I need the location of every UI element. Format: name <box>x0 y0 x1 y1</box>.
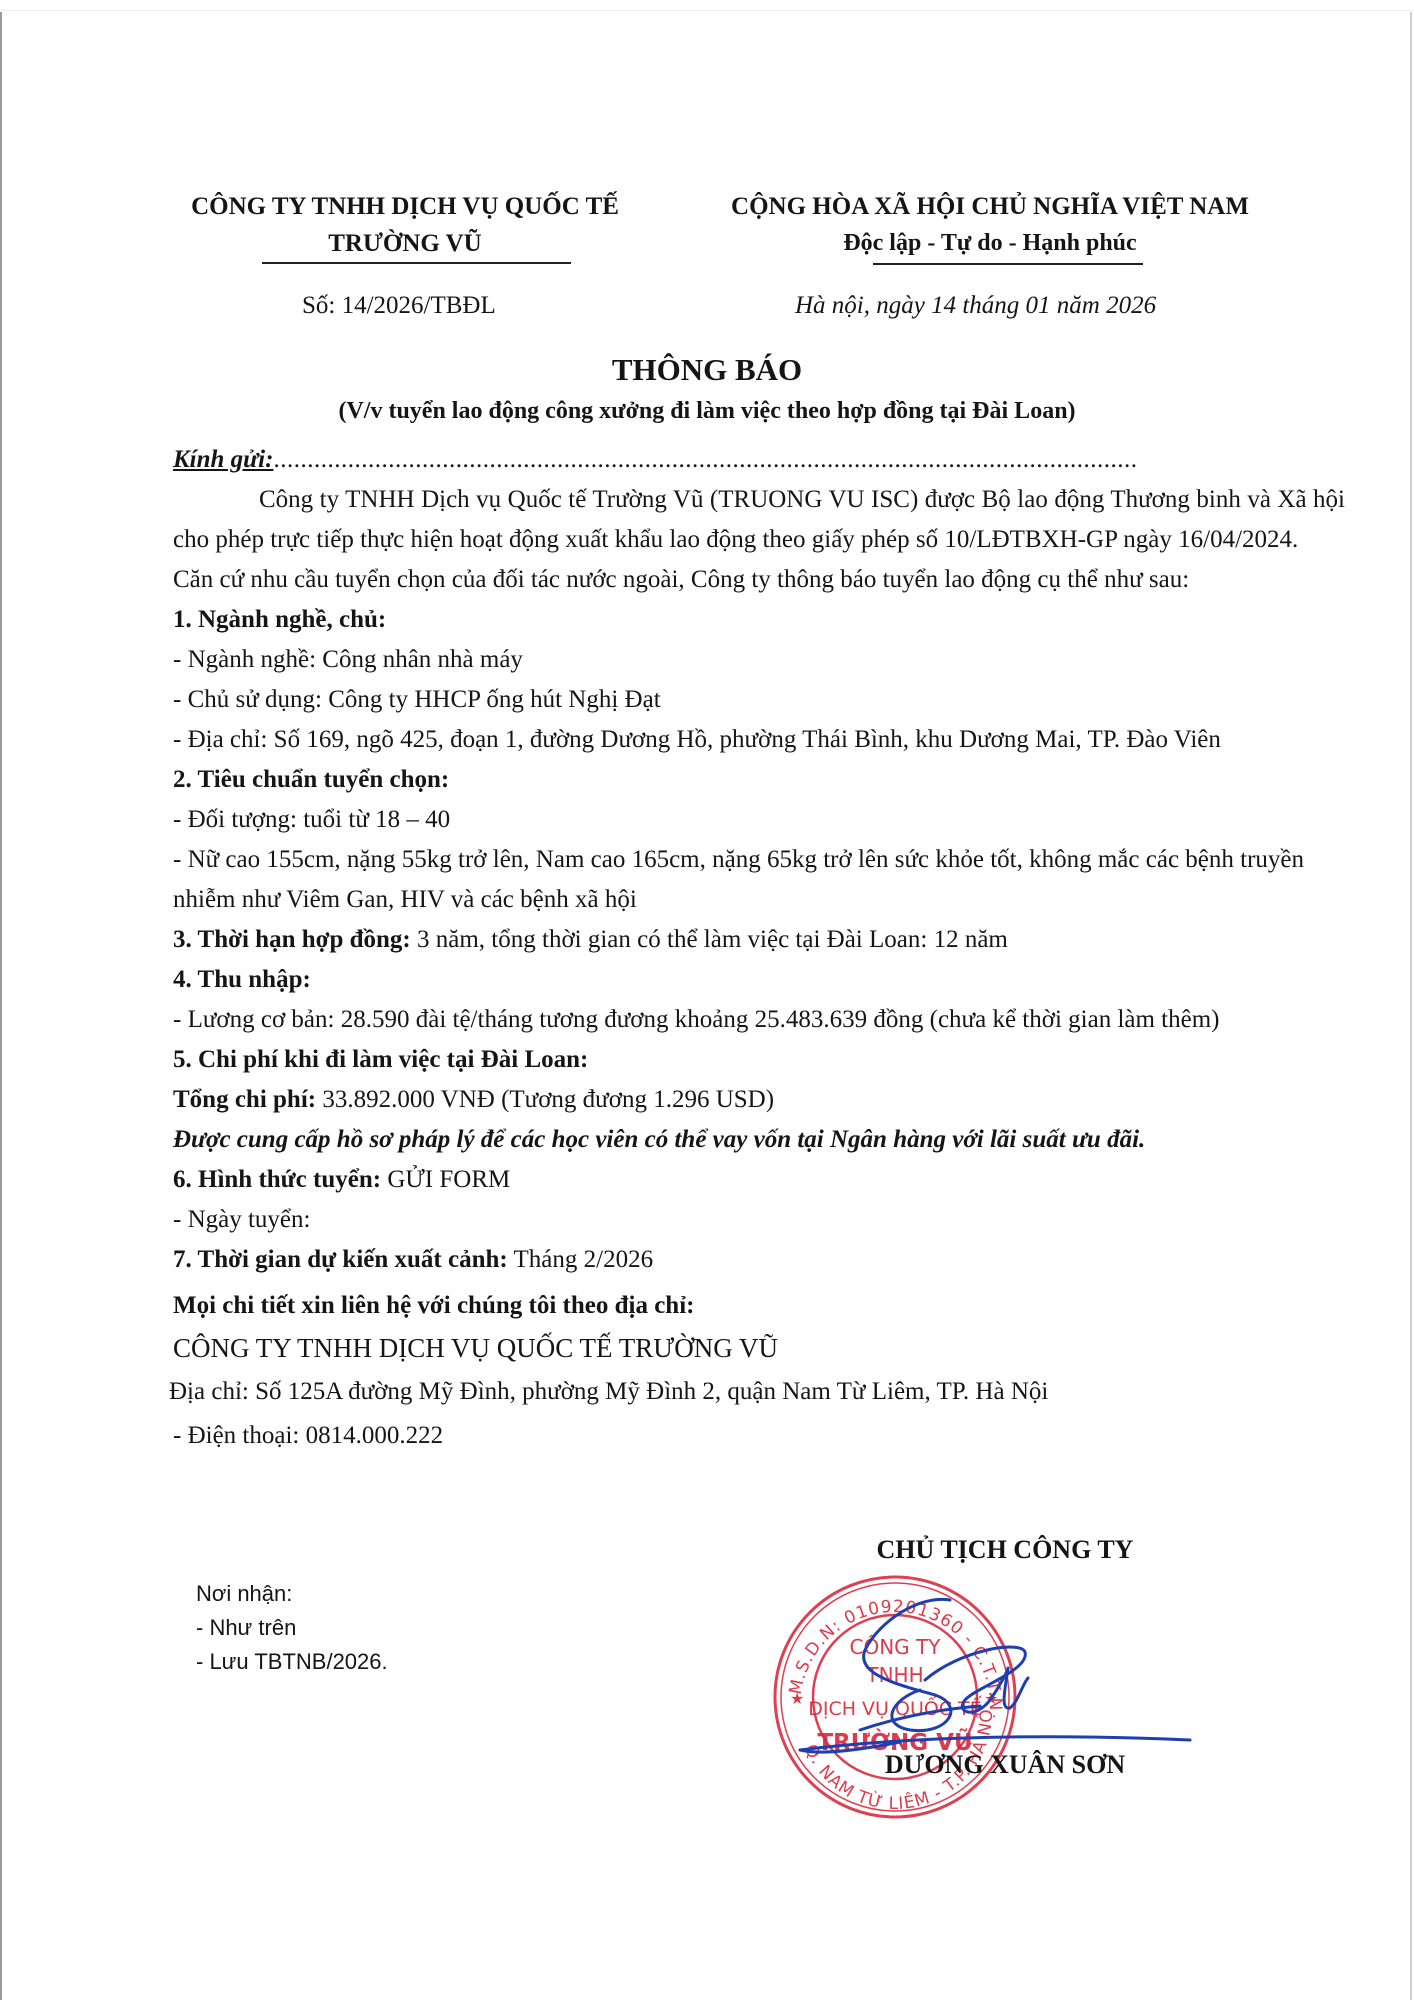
recruitment-method: GỬI FORM <box>381 1166 510 1193</box>
contact-phone: - Điện thoại: 0814.000.222 <box>173 1416 1345 1456</box>
recruitment-date-line: - Ngày tuyển: <box>173 1200 1345 1240</box>
nation-name: CỘNG HÒA XÃ HỘI CHỦ NGHĨA VIỆT NAM <box>705 188 1275 225</box>
section-3-heading: 3. Thời hạn hợp đồng: <box>173 926 411 953</box>
contact-company: CÔNG TY TNHH DỊCH VỤ QUỐC TẾ TRƯỜNG VŨ <box>173 1328 1345 1368</box>
handwritten-signature-icon <box>760 1590 1220 1770</box>
employer-line: - Chủ sử dụng: Công ty HHCP ống hút Nghị… <box>173 680 1345 720</box>
motto-underline <box>873 263 1143 265</box>
section-4-heading: 4. Thu nhập: <box>173 960 1345 1000</box>
reference-number: Số: 14/2026/TBĐL <box>302 292 496 320</box>
total-cost-value: 33.892.000 VNĐ (Tương đương 1.296 USD) <box>316 1086 774 1113</box>
issuer-block: CÔNG TY TNHH DỊCH VỤ QUỐC TẾ TRƯỜNG VŨ <box>170 188 640 262</box>
total-cost-line: Tổng chi phí: 33.892.000 VNĐ (Tương đươn… <box>173 1080 1345 1120</box>
occupation-line: - Ngành nghề: Công nhân nhà máy <box>173 640 1345 680</box>
salary-line: - Lương cơ bản: 28.590 đài tệ/tháng tươn… <box>173 1000 1345 1040</box>
salutation: Kính gửi:...............................… <box>173 440 1345 480</box>
page-edge-top <box>0 10 1414 11</box>
section-6: 6. Hình thức tuyển: GỬI FORM <box>173 1160 1345 1200</box>
departure-date: Tháng 2/2026 <box>508 1246 653 1273</box>
recipient-item: - Như trên <box>196 1611 388 1645</box>
issuer-name-line2: TRƯỜNG VŨ <box>170 225 640 262</box>
recipients-label: Nơi nhận: <box>196 1577 388 1611</box>
section-3: 3. Thời hạn hợp đồng: 3 năm, tổng thời g… <box>173 920 1345 960</box>
basis-paragraph: Căn cứ nhu cầu tuyển chọn của đối tác nư… <box>173 560 1345 600</box>
section-7: 7. Thời gian dự kiến xuất cảnh: Tháng 2/… <box>173 1240 1345 1280</box>
section-6-heading: 6. Hình thức tuyển: <box>173 1166 381 1193</box>
intro-paragraph: Công ty TNHH Dịch vụ Quốc tế Trường Vũ (… <box>173 480 1345 560</box>
place-date: Hà nội, ngày 14 tháng 01 năm 2026 <box>795 292 1156 320</box>
recipients-block: Nơi nhận: - Như trên - Lưu TBTNB/2026. <box>196 1565 388 1679</box>
recipient-item: - Lưu TBTNB/2026. <box>196 1645 388 1679</box>
national-heading: CỘNG HÒA XÃ HỘI CHỦ NGHĨA VIỆT NAM Độc l… <box>705 188 1275 262</box>
total-cost-label: Tổng chi phí: <box>173 1086 316 1113</box>
age-requirement: - Đối tượng: tuổi từ 18 – 40 <box>173 800 1345 840</box>
section-5-heading: 5. Chi phí khi đi làm việc tại Đài Loan: <box>173 1040 1345 1080</box>
document-body: Kính gửi:...............................… <box>173 440 1345 1456</box>
page-edge-right <box>1410 12 1412 2000</box>
national-motto: Độc lập - Tự do - Hạnh phúc <box>705 225 1275 262</box>
document-subject: (V/v tuyển lao động công xưởng đi làm vi… <box>0 398 1414 425</box>
contact-intro: Mọi chi tiết xin liên hệ với chúng tôi t… <box>173 1286 1345 1326</box>
contact-address: Địa chỉ: Số 125A đường Mỹ Đình, phường M… <box>169 1372 1345 1412</box>
section-1-heading: 1. Ngành nghề, chủ: <box>173 600 1345 640</box>
salutation-dotted-line: ........................................… <box>273 446 1137 473</box>
contract-term: 3 năm, tổng thời gian có thể làm việc tạ… <box>411 926 1008 953</box>
salutation-label: Kính gửi: <box>173 446 273 473</box>
section-2-heading: 2. Tiêu chuẩn tuyển chọn: <box>173 760 1345 800</box>
health-requirement: - Nữ cao 155cm, nặng 55kg trở lên, Nam c… <box>173 840 1345 920</box>
loan-note: Được cung cấp hồ sơ pháp lý để các học v… <box>173 1120 1345 1160</box>
issuer-name-line1: CÔNG TY TNHH DỊCH VỤ QUỐC TẾ <box>170 188 640 225</box>
document-title: THÔNG BÁO <box>0 352 1414 388</box>
signatory-title: CHỦ TỊCH CÔNG TY <box>855 1535 1155 1565</box>
page-edge-left <box>0 12 2 2000</box>
issuer-underline <box>262 262 571 264</box>
employer-address-line: - Địa chỉ: Số 169, ngõ 425, đoạn 1, đườn… <box>173 720 1345 760</box>
section-7-heading: 7. Thời gian dự kiến xuất cảnh: <box>173 1246 508 1273</box>
